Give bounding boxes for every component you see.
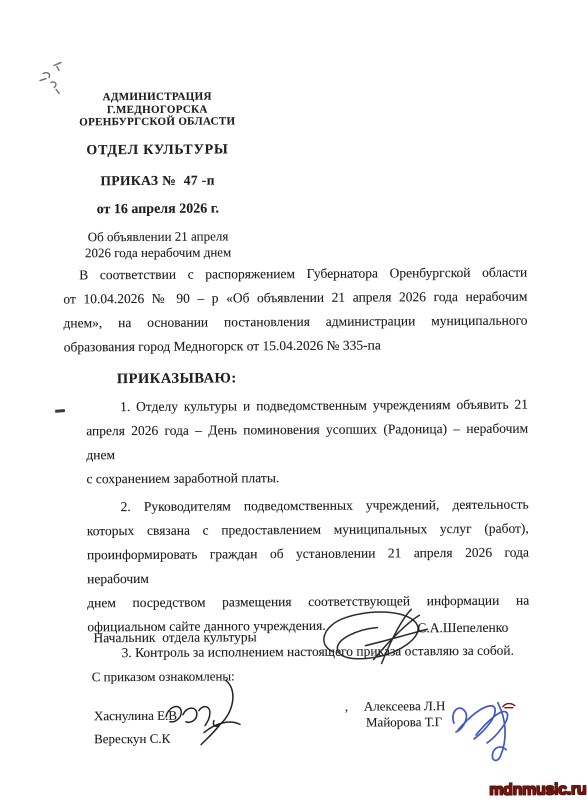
letterhead: АДМИНИСТРАЦИЯ Г.МЕДНОГОРСКА ОРЕНБУРГСКОЙ… <box>54 90 261 262</box>
order-item-2: 2. Руководителям подведомственных учрежд… <box>87 493 530 640</box>
shepelenko-signature-icon <box>315 605 447 668</box>
ack-name-khasnulina: Хаснулина Е.В <box>94 708 177 725</box>
item-line: 2. Руководителям подведомственных учрежд… <box>87 493 529 520</box>
org-name-line2: ОРЕНБУРГСКОЙ ОБЛАСТИ <box>54 115 260 129</box>
signer-name: С.А.Шепеленко <box>417 620 508 637</box>
preamble-line: днем», на основании постановления админи… <box>63 309 527 336</box>
preamble-line: образования город Медногорск от 15.04.20… <box>64 333 528 360</box>
signer-position-title: Начальник отдела культуры <box>93 629 256 646</box>
order-date: от 16 апреля 2026 г. <box>55 201 261 218</box>
org-name-line1: АДМИНИСТРАЦИЯ Г.МЕДНОГОРСКА <box>54 90 260 116</box>
ack-name-vereskun: Верескун С.К <box>94 731 170 747</box>
ack-name-alekseeva: Алексеева Л.Н <box>364 698 446 714</box>
item-line: 1. Отделу культуры и подведомственным уч… <box>86 393 528 420</box>
preamble-line: от 10.04.2026 № 90 – р «Об объявлении 21… <box>63 285 527 312</box>
red-ink-smudge-mark <box>502 701 516 710</box>
scanned-document-page: АДМИНИСТРАЦИЯ Г.МЕДНОГОРСКА ОРЕНБУРГСКОЙ… <box>0 0 587 803</box>
ack-name-mayorova: Майорова Т.Г <box>366 714 442 730</box>
scan-smudge-mark <box>36 59 68 95</box>
decree-heading: ПРИКАЗЫВАЮ: <box>117 365 528 392</box>
watermark-text: mdnmusic.ru <box>489 781 586 800</box>
order-number: ПРИКАЗ № 47 -п <box>55 172 261 189</box>
stray-comma-mark: , <box>345 699 348 715</box>
department-name: ОТДЕЛ КУЛЬТУРЫ <box>54 142 260 159</box>
item-line: апреля 2026 года – День поминовения усоп… <box>86 417 528 468</box>
order-subject-line2: 2026 года нерабочим днем <box>55 244 261 262</box>
order-item-1: 1. Отделу культуры и подведомственным уч… <box>86 393 529 492</box>
order-subject-line1: Об объявлении 21 апреля <box>55 228 261 246</box>
preamble-paragraph: В соответствии с распоряжением Губернато… <box>63 261 528 360</box>
item-line: которых связана с предоставлением муници… <box>87 517 529 544</box>
item-line: проинформировать граждан об установлении… <box>87 541 529 592</box>
document-scan-content: АДМИНИСТРАЦИЯ Г.МЕДНОГОРСКА ОРЕНБУРГСКОЙ… <box>0 0 587 803</box>
order-body: В соответствии с распоряжением Губернато… <box>63 261 529 666</box>
preamble-line: В соответствии с распоряжением Губернато… <box>63 261 527 288</box>
item-line: с сохранением заработной платы. <box>86 465 528 492</box>
item-line: днем посредством размещения соответствую… <box>87 589 529 616</box>
